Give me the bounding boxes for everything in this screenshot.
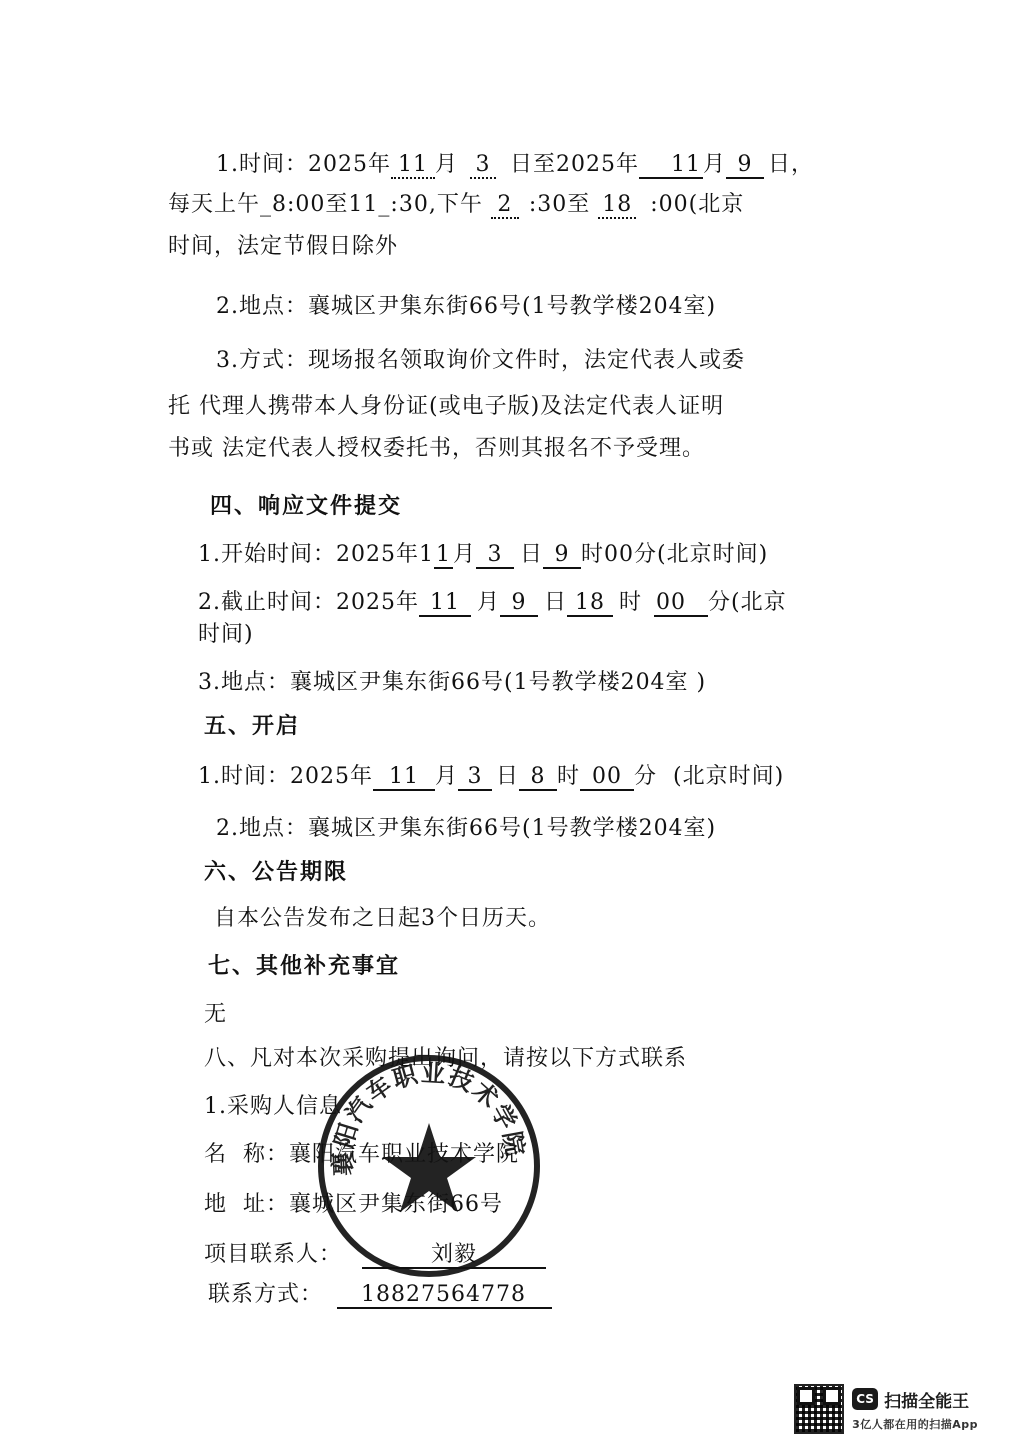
name-label: 名 称： bbox=[204, 1142, 289, 1167]
opening-month-field: 11 bbox=[373, 765, 435, 791]
purchaser-name: 名 称：襄阳汽车职业技术学院 bbox=[204, 1140, 519, 1170]
purchaser-address: 地 址：襄城区尹集东街66号 bbox=[204, 1190, 503, 1220]
text: :00(北京 bbox=[650, 192, 744, 217]
start-month-field: 11 bbox=[391, 153, 435, 179]
text: :00至11_:30,下午 bbox=[287, 192, 483, 217]
text: 时00分(北京时间) bbox=[581, 542, 768, 567]
camscanner-logo-icon: CS bbox=[852, 1388, 878, 1410]
text: 月 bbox=[435, 152, 458, 177]
text: 1.时间：2025年 bbox=[198, 764, 373, 789]
text: 1.时间：2025年 bbox=[216, 152, 391, 177]
other-matters: 无 bbox=[204, 1000, 227, 1030]
qr-code-icon bbox=[794, 1384, 844, 1434]
deadline-month-field: 11 bbox=[419, 591, 471, 617]
registration-time-line-1: 1.时间：2025年11月3日至2025年11月9日， bbox=[216, 150, 814, 180]
month-digit-field: 1 bbox=[434, 543, 453, 569]
contact-value: 刘毅 bbox=[362, 1243, 546, 1269]
text: 月 bbox=[435, 764, 458, 789]
end-day-field: 9 bbox=[726, 153, 764, 179]
watermark-tagline: 3亿人都在用的扫描App bbox=[852, 1416, 978, 1432]
text: 2.截止时间：2025年 bbox=[198, 590, 419, 615]
address-label: 地 址： bbox=[204, 1192, 289, 1217]
text: 每天上午_ bbox=[168, 192, 272, 217]
pm-end-field: 18 bbox=[598, 193, 636, 219]
section-5-heading: 五、开启 bbox=[204, 712, 300, 742]
phone-value: 18827564778 bbox=[337, 1283, 552, 1309]
text: 日至2025年 bbox=[510, 152, 639, 177]
camscanner-watermark: CS 扫描全能王 3亿人都在用的扫描App bbox=[794, 1384, 978, 1434]
purchaser-info-title: 1.采购人信息 bbox=[204, 1092, 342, 1122]
end-month-field: 11 bbox=[639, 153, 703, 179]
registration-method-line-1: 3.方式：现场报名领取询价文件时，法定代表人或委 bbox=[216, 346, 745, 376]
start-day-field: 3 bbox=[476, 543, 514, 569]
registration-time-line-3: 时间，法定节假日除外 bbox=[168, 232, 398, 262]
submission-deadline-line-2: 时间) bbox=[198, 620, 254, 650]
deadline-minute-field: 00 bbox=[654, 591, 708, 617]
opening-minute-field: 00 bbox=[580, 765, 634, 791]
text: 日 bbox=[496, 764, 519, 789]
registration-method-line-2: 托 代理人携带本人身份证(或电子版)及法定代表人证明 bbox=[168, 392, 724, 422]
am-start-hour: 8 bbox=[272, 192, 287, 217]
announcement-period: 自本公告发布之日起3个日历天。 bbox=[214, 904, 551, 934]
submission-start-time: 1.开始时间：2025年11月3日9时00分(北京时间) bbox=[198, 540, 768, 570]
watermark-brand: 扫描全能王 bbox=[884, 1387, 969, 1412]
contact-phone: 联系方式：18827564778 bbox=[208, 1280, 552, 1310]
text: 月 bbox=[703, 152, 726, 177]
section-8-heading: 八、凡对本次采购提出询问，请按以下方式联系 bbox=[204, 1044, 687, 1074]
text: 月 bbox=[453, 542, 476, 567]
text: 时 bbox=[619, 590, 642, 615]
text: 月 bbox=[477, 590, 500, 615]
contact-label: 项目联系人： bbox=[204, 1242, 342, 1267]
opening-location: 2.地点：襄城区尹集东街66号(1号教学楼204室) bbox=[216, 814, 716, 844]
opening-time: 1.时间：2025年11月3日8时00分 (北京时间) bbox=[198, 762, 784, 792]
text: 日 bbox=[544, 590, 567, 615]
text: 时 bbox=[557, 764, 580, 789]
registration-time-line-2: 每天上午_8:00至11_:30,下午2:30至18:00(北京 bbox=[168, 190, 744, 220]
phone-label: 联系方式： bbox=[208, 1282, 323, 1307]
text: 分 (北京时间) bbox=[634, 764, 784, 789]
deadline-day-field: 9 bbox=[500, 591, 538, 617]
text: 日， bbox=[768, 152, 814, 177]
submission-deadline: 2.截止时间：2025年11月9日18时00分(北京 bbox=[198, 588, 787, 618]
opening-day-field: 3 bbox=[458, 765, 492, 791]
project-contact: 项目联系人：刘毅 bbox=[204, 1240, 546, 1270]
text: 1.开始时间：2025年1 bbox=[198, 542, 434, 567]
registration-location: 2.地点：襄城区尹集东街66号(1号教学楼204室) bbox=[216, 292, 716, 322]
pm-start-field: 2 bbox=[491, 193, 519, 219]
section-4-heading: 四、响应文件提交 bbox=[210, 492, 402, 522]
start-hour-field: 9 bbox=[543, 543, 581, 569]
registration-method-line-3: 书或 法定代表人授权委托书，否则其报名不予受理。 bbox=[168, 434, 705, 464]
section-6-heading: 六、公告期限 bbox=[204, 858, 348, 888]
start-day-field: 3 bbox=[470, 153, 496, 179]
opening-hour-field: 8 bbox=[519, 765, 557, 791]
submission-location: 3.地点：襄城区尹集东街66号(1号教学楼204室 ) bbox=[198, 668, 706, 698]
section-7-heading: 七、其他补充事宜 bbox=[208, 952, 400, 982]
text: :30至 bbox=[529, 192, 590, 217]
address-value: 襄城区尹集东街66号 bbox=[289, 1192, 503, 1217]
text: 日 bbox=[520, 542, 543, 567]
deadline-hour-field: 18 bbox=[567, 591, 613, 617]
text: 分(北京 bbox=[708, 590, 787, 615]
name-value: 襄阳汽车职业技术学院 bbox=[289, 1142, 519, 1167]
